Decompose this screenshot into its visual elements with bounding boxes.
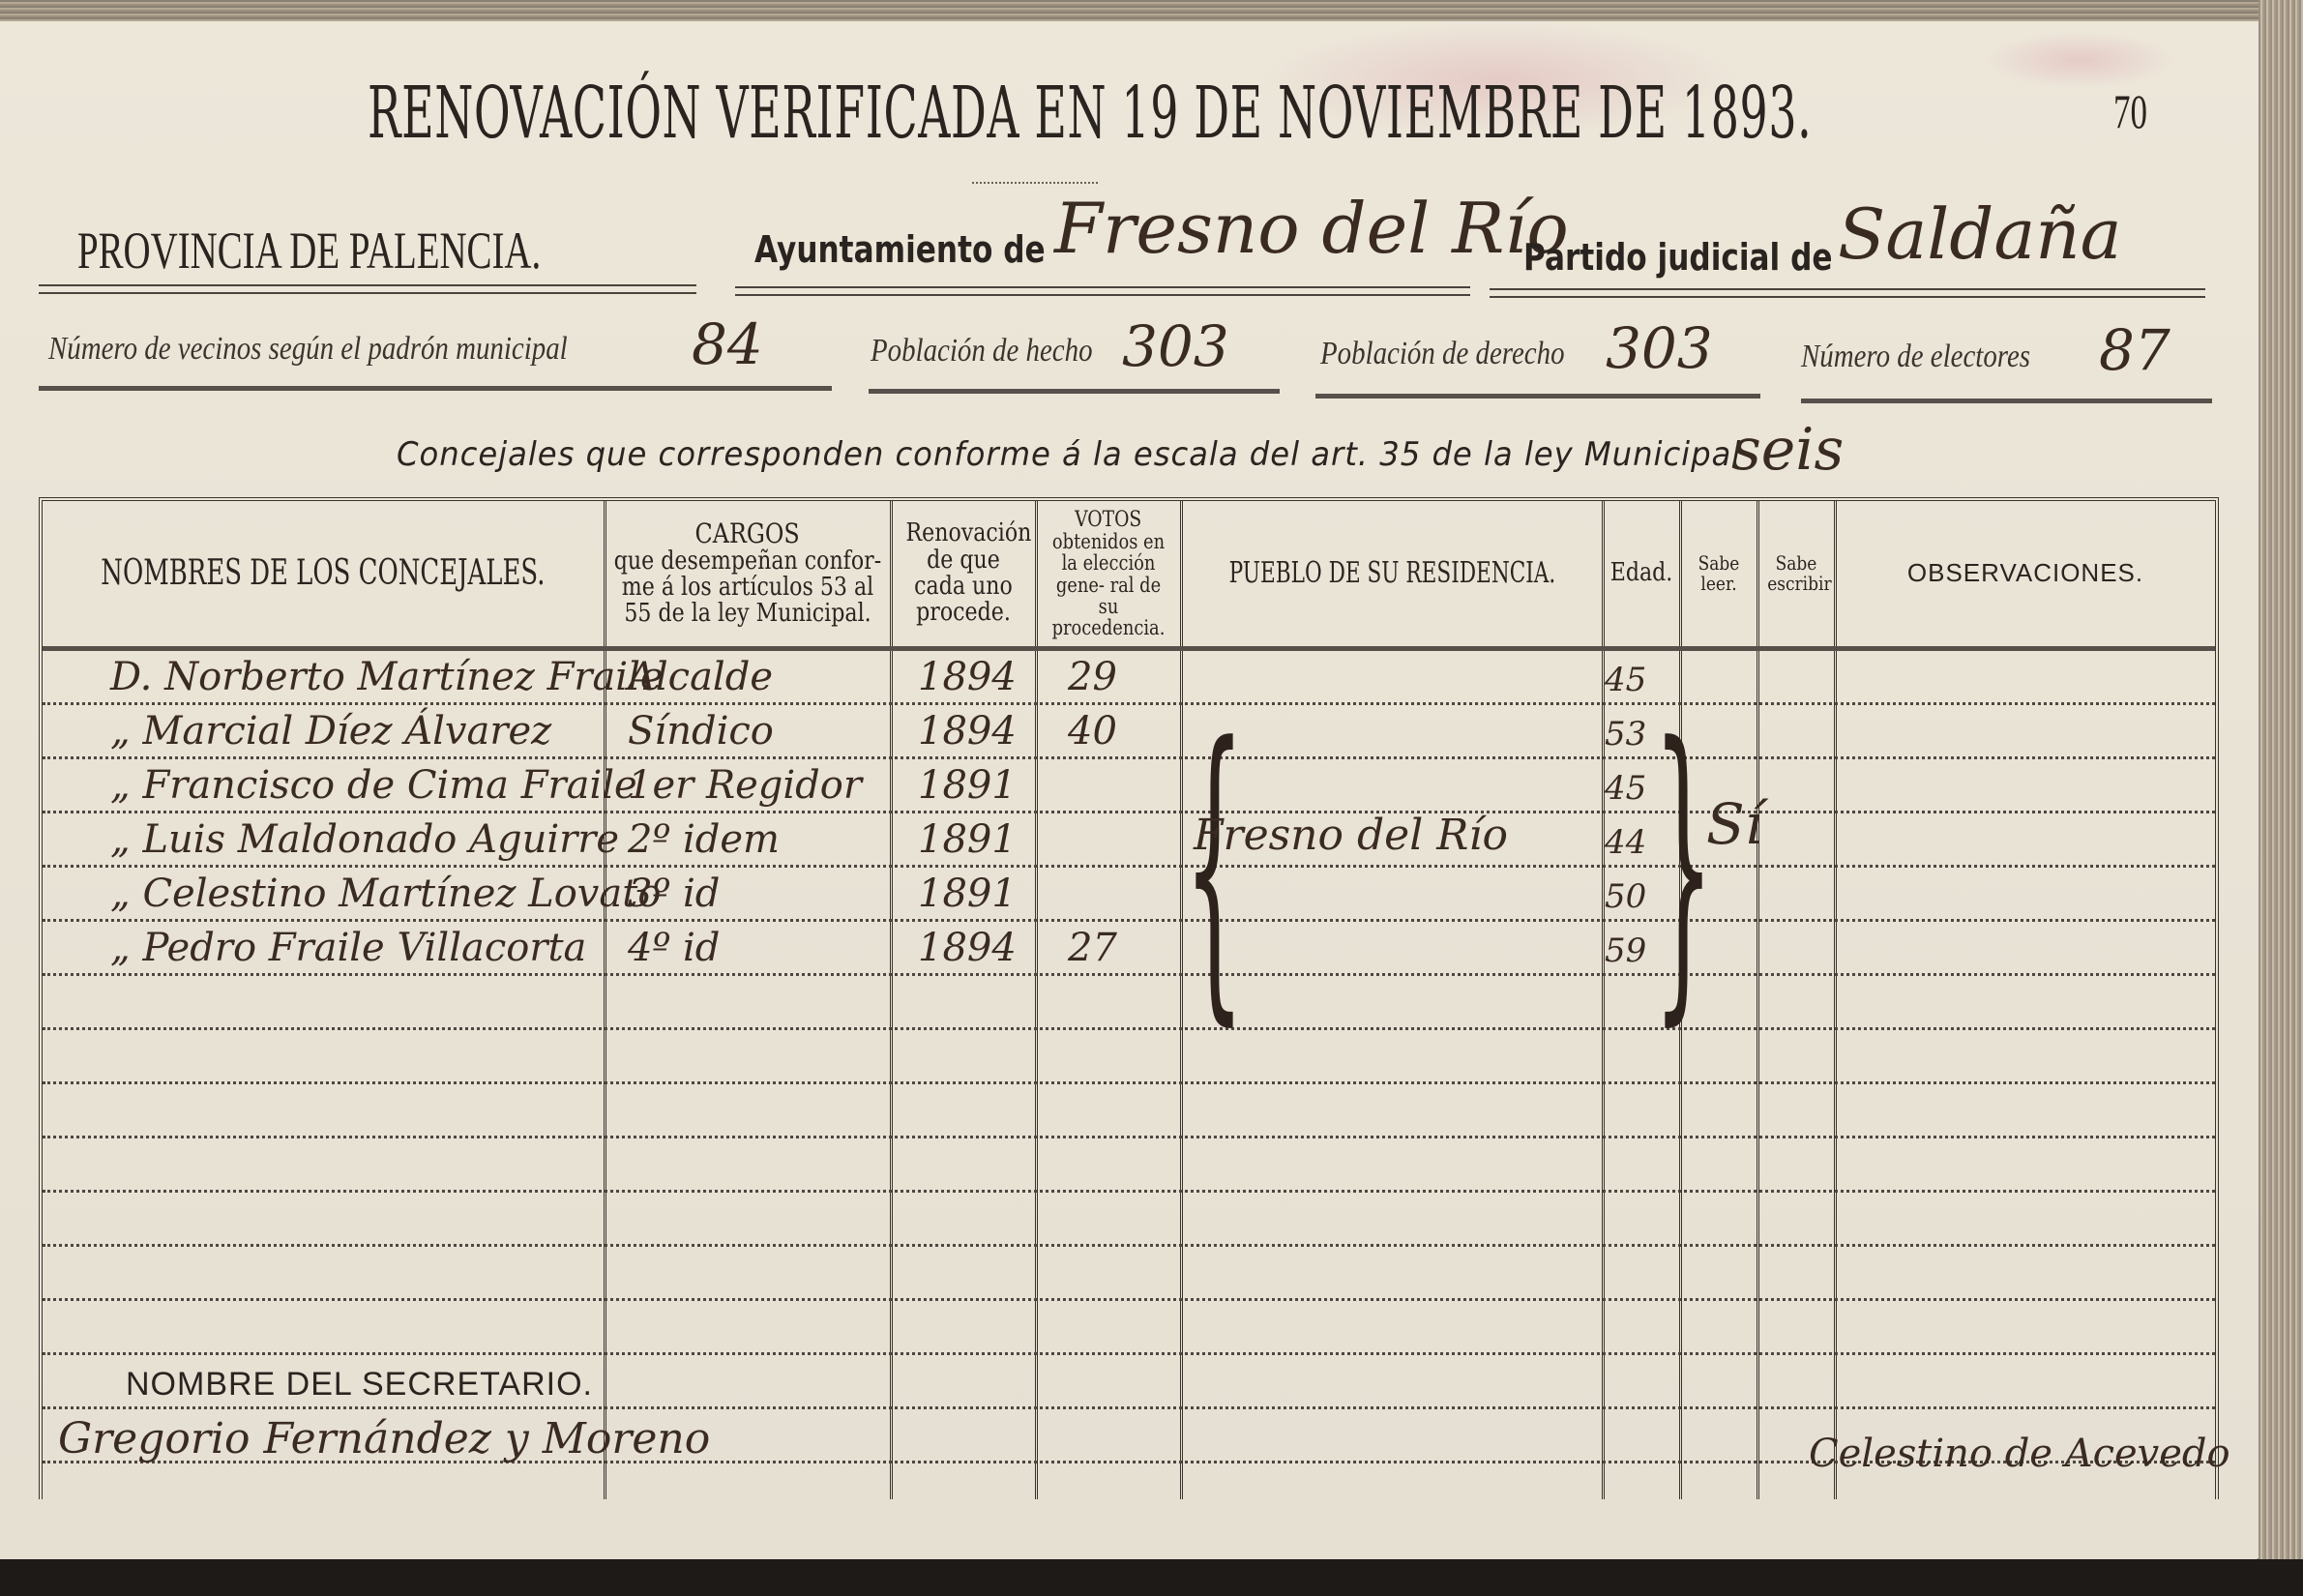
divider	[1315, 394, 1760, 399]
pueblo-residencia-value: Fresno del Río	[1194, 811, 1508, 860]
nombre-cell: „ Francisco de Cima Fraile	[110, 763, 637, 808]
cargo-cell: 4º id	[628, 926, 720, 970]
table-row-empty	[43, 976, 2215, 1030]
table-row-empty	[43, 1138, 2215, 1193]
divider	[39, 386, 832, 391]
header-observaciones: OBSERVACIONES.	[1836, 501, 2215, 646]
header-pueblo: PUEBLO DE SU RESIDENCIA.	[1182, 501, 1602, 646]
electores-value: 87	[2099, 317, 2170, 383]
vecinos-value: 84	[692, 311, 763, 377]
electores-label: Número de electores	[1801, 339, 2030, 375]
background-shadow	[0, 1559, 2303, 1596]
header-renovacion: Renovación de que cada uno procede.	[892, 501, 1035, 646]
table-row-empty	[43, 1301, 2215, 1355]
concejales-escala-label: Concejales que corresponden conforme á l…	[397, 435, 1741, 474]
renovacion-cell: 1894	[918, 655, 1017, 699]
table-row-empty	[43, 1030, 2215, 1084]
edad-cell: 45	[1605, 661, 1646, 699]
poblacion-derecho-value: 303	[1606, 315, 1713, 381]
header-nombres: NOMBRES DE LOS CONCEJALES.	[43, 501, 604, 646]
header-label: Sabe escribir	[1767, 553, 1825, 594]
header-label: NOMBRES DE LOS CONCEJALES.	[101, 555, 545, 592]
votos-cell: 27	[1068, 926, 1117, 970]
table-row: „ Luis Maldonado Aguirre 2º idem 1891 44	[43, 813, 2215, 868]
nombre-cell: „ Marcial Díez Álvarez	[110, 709, 551, 754]
divider	[869, 389, 1280, 394]
header-label: OBSERVACIONES.	[1907, 560, 2143, 586]
header-label: Sabe leer.	[1690, 553, 1748, 594]
header-cargos: CARGOS que desempeñan confor- me á los a…	[605, 501, 890, 646]
secretario-value: Gregorio Fernández y Moreno	[58, 1414, 710, 1463]
renovacion-cell: 1891	[918, 763, 1017, 808]
header-label: VOTOS	[1075, 509, 1141, 531]
signature: Celestino de Acevedo	[1809, 1432, 2230, 1476]
ayuntamiento-label: Ayuntamiento de	[754, 228, 1046, 271]
renovacion-cell: 1891	[918, 817, 1017, 862]
nombre-cell: „ Celestino Martínez Lovato	[110, 872, 661, 916]
renovacion-cell: 1894	[918, 926, 1017, 970]
poblacion-derecho-label: Población de derecho	[1320, 336, 1565, 372]
edad-cell: 44	[1605, 823, 1646, 862]
sabe-leer-escribir-value: Sí	[1706, 791, 1762, 857]
header-sabe-escribir: Sabe escribir	[1758, 501, 1834, 646]
header-label: PUEBLO DE SU RESIDENCIA.	[1228, 558, 1555, 589]
edad-cell: 45	[1605, 769, 1646, 808]
table-row-empty	[43, 1084, 2215, 1138]
header-sublabel: obtenidos en la elección gene- ral de su…	[1047, 531, 1170, 637]
votos-cell: 40	[1068, 709, 1117, 754]
cargo-cell: 2º idem	[628, 817, 780, 862]
table-row: D. Norberto Martínez Fraile Alcalde 1894…	[43, 651, 2215, 705]
table-row: „ Pedro Fraile Villacorta 4º id 1894 27 …	[43, 922, 2215, 976]
poblacion-hecho-label: Población de hecho	[871, 333, 1093, 369]
partido-judicial-value: Saldaña	[1838, 193, 2122, 275]
ledger-page: RENOVACIÓN VERIFICADA EN 19 DE NOVIEMBRE…	[0, 21, 2261, 1559]
ayuntamiento-value: Fresno del Río	[1054, 188, 1569, 269]
edad-cell: 53	[1605, 715, 1646, 754]
poblacion-hecho-value: 303	[1122, 313, 1229, 379]
cargo-cell: Síndico	[628, 709, 774, 754]
nombre-cell: „ Luis Maldonado Aguirre	[110, 817, 619, 862]
header-sabe-leer: Sabe leer.	[1681, 501, 1757, 646]
divider	[39, 284, 696, 294]
renovacion-cell: 1891	[918, 872, 1017, 916]
right-brace: }	[1653, 680, 1714, 1051]
table-row-empty	[43, 1247, 2215, 1301]
header-label: Renovación de que cada uno procede.	[906, 520, 1021, 626]
divider	[735, 286, 1470, 296]
divider	[1801, 399, 2212, 403]
partido-judicial-label: Partido judicial de	[1523, 236, 1833, 279]
cargo-cell: 1er Regidor	[628, 763, 862, 808]
page-number: 70	[2113, 83, 2147, 139]
provincia-heading: PROVINCIA DE PALENCIA.	[77, 221, 541, 281]
table-row: „ Celestino Martínez Lovato 3º id 1891 5…	[43, 868, 2215, 922]
renovacion-cell: 1894	[918, 709, 1017, 754]
table-row-empty	[43, 1193, 2215, 1247]
edad-cell: 50	[1605, 877, 1646, 916]
book-page-edge-right	[2259, 0, 2303, 1596]
page-title: RENOVACIÓN VERIFICADA EN 19 DE NOVIEMBRE…	[368, 72, 1812, 155]
concejales-table: NOMBRES DE LOS CONCEJALES. CARGOS que de…	[39, 497, 2219, 1499]
nombre-cell: D. Norberto Martínez Fraile	[110, 655, 664, 699]
header-votos: VOTOS obtenidos en la elección gene- ral…	[1037, 501, 1180, 646]
cargo-cell: 3º id	[628, 872, 720, 916]
table-row: „ Marcial Díez Álvarez Síndico 1894 40 5…	[43, 705, 2215, 759]
cargo-cell: Alcalde	[628, 655, 773, 699]
edad-cell: 59	[1605, 931, 1646, 970]
header-label: CARGOS	[695, 519, 800, 547]
secretario-label: NOMBRE DEL SECRETARIO.	[126, 1366, 593, 1404]
votos-cell: 29	[1068, 655, 1117, 699]
header-sublabel: que desempeñan confor- me á los artículo…	[612, 548, 884, 628]
vecinos-label: Número de vecinos según el padrón munici…	[48, 331, 568, 368]
stain	[1983, 31, 2176, 89]
nombre-cell: „ Pedro Fraile Villacorta	[110, 926, 586, 970]
table-row: „ Francisco de Cima Fraile 1er Regidor 1…	[43, 759, 2215, 813]
header-edad: Edad.	[1604, 501, 1679, 646]
left-brace: {	[1184, 680, 1245, 1051]
header-label: Edad.	[1610, 560, 1673, 586]
divider	[1490, 288, 2205, 298]
concejales-escala-value: seis	[1731, 416, 1844, 484]
